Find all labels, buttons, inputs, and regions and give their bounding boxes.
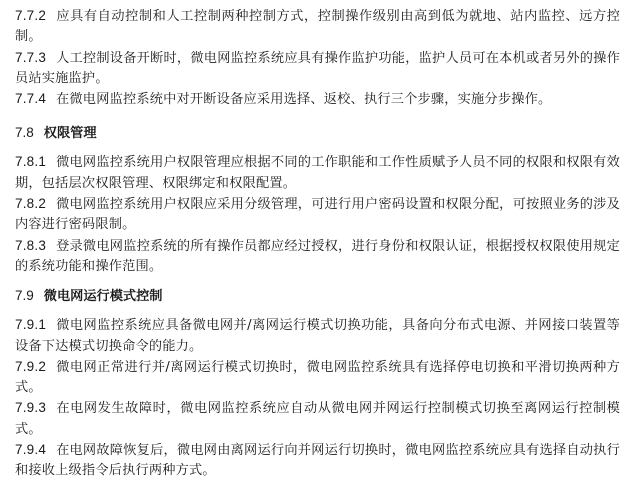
clause-text: 应具有自动控制和人工控制两种控制方式，控制操作级别由高到低为就地、站内监控、远方… [15,9,620,44]
clause-number: 7.9.2 [15,359,46,374]
clause-text: 微电网监控系统应具备微电网并/离网运行模式切换功能，具备向分布式电源、并网接口装… [15,318,620,353]
clause-number: 7.9.3 [15,400,46,415]
clause-text: 微电网正常进行并/离网运行模式切换时，微电网监控系统具有选择停电切换和平滑切换两… [15,360,620,395]
clause-text: 登录微电网监控系统的所有操作员都应经过授权，进行身份和权限认证，根据授权权限使用… [15,239,620,274]
clause-number: 7.7.4 [15,91,46,106]
clause-text: 在电网故障恢复后，微电网由离网运行向并网运行切换时，微电网监控系统应具有选择自动… [15,443,620,478]
clause-text: 人工控制设备开断时，微电网监控系统应具有操作监护功能，监护人员可在本机或者另外的… [15,51,620,86]
clause-number: 7.8.2 [15,196,46,211]
clause-7-8-2: 7.8.2微电网监控系统用户权限应采用分级管理，可进行用户密码设置和权限分配，可… [15,194,620,236]
section-title: 权限管理 [44,126,97,141]
clause-7-7-3: 7.7.3人工控制设备开断时，微电网监控系统应具有操作监护功能，监护人员可在本机… [15,48,620,90]
clause-7-9-1: 7.9.1微电网监控系统应具备微电网并/离网运行模式切换功能，具备向分布式电源、… [15,315,620,357]
clause-number: 7.7.2 [15,8,46,23]
clause-text: 在微电网监控系统中对开断设备应采用选择、返校、执行三个步骤，实施分步操作。 [56,92,551,107]
clause-number: 7.9.4 [15,442,46,457]
clause-7-9-2: 7.9.2微电网正常进行并/离网运行模式切换时，微电网监控系统具有选择停电切换和… [15,357,620,399]
section-heading-7-9: 7.9微电网运行模式控制 [15,286,620,307]
clause-text: 在电网发生故障时，微电网监控系统应自动从微电网并网运行控制模式切换至离网运行控制… [15,401,620,436]
section-heading-7-8: 7.8权限管理 [15,123,620,144]
clause-number: 7.8.1 [15,154,46,169]
section-number: 7.8 [15,125,34,140]
section-title: 微电网运行模式控制 [44,289,163,304]
clause-7-9-3: 7.9.3在电网发生故障时，微电网监控系统应自动从微电网并网运行控制模式切换至离… [15,398,620,440]
clause-7-9-4: 7.9.4在电网故障恢复后，微电网由离网运行向并网运行切换时，微电网监控系统应具… [15,440,620,482]
clause-number: 7.8.3 [15,238,46,253]
clause-text: 微电网监控系统用户权限管理应根据不同的工作职能和工作性质赋予人员不同的权限和权限… [15,155,620,190]
clause-number: 7.7.3 [15,50,46,65]
clause-7-8-1: 7.8.1微电网监控系统用户权限管理应根据不同的工作职能和工作性质赋予人员不同的… [15,152,620,194]
clause-7-7-4: 7.7.4在微电网监控系统中对开断设备应采用选择、返校、执行三个步骤，实施分步操… [15,89,620,110]
document-page: 7.7.2应具有自动控制和人工控制两种控制方式，控制操作级别由高到低为就地、站内… [15,6,620,482]
clause-7-8-3: 7.8.3登录微电网监控系统的所有操作员都应经过授权，进行身份和权限认证，根据授… [15,236,620,278]
clause-text: 微电网监控系统用户权限应采用分级管理，可进行用户密码设置和权限分配，可按照业务的… [15,197,620,232]
section-number: 7.9 [15,288,34,303]
clause-number: 7.9.1 [15,317,46,332]
clause-7-7-2: 7.7.2应具有自动控制和人工控制两种控制方式，控制操作级别由高到低为就地、站内… [15,6,620,48]
